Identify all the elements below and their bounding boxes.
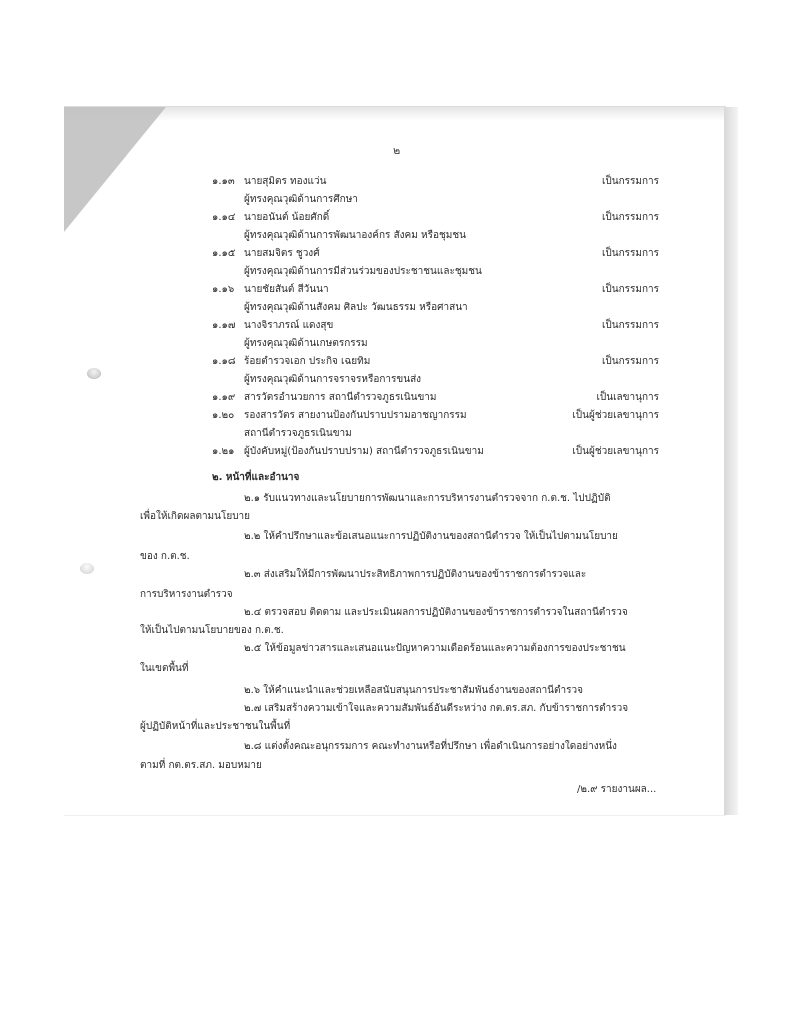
duty-item: ๒.๖ ให้คำแนะนำและช่วยเหลือสนับสนุนการประ… — [244, 685, 583, 697]
member-name: นางจิราภรณ์ แดงสุข — [244, 320, 333, 332]
duty-item-continuation: เพื่อให้เกิดผลตามนโยบาย — [140, 511, 250, 523]
duty-item-continuation: ในเขตพื้นที่ — [140, 663, 189, 675]
punch-hole — [87, 368, 101, 379]
member-role: เป็นกรรมการ — [602, 248, 659, 260]
member-number: ๑.๑๕ — [212, 248, 235, 260]
punch-hole — [80, 563, 94, 574]
member-number: ๑.๑๓ — [212, 176, 235, 188]
member-name: ร้อยตำรวจเอก ประกิจ เฉยทิม — [244, 356, 370, 368]
member-number: ๑.๒๑ — [212, 446, 234, 458]
duty-item: ๒.๓ ส่งเสริมให้มีการพัฒนาประสิทธิภาพการป… — [244, 569, 586, 581]
member-name: รองสารวัตร สายงานป้องกันปราบปรามอาชญากรร… — [244, 410, 467, 422]
member-role: เป็นกรรมการ — [602, 320, 659, 332]
page-fold-corner — [64, 107, 166, 232]
member-description: ผู้ทรงคุณวุฒิด้านสังคม ศิลปะ วัฒนธรรม หร… — [244, 302, 468, 314]
member-number: ๑.๑๙ — [212, 392, 235, 404]
member-description: ผู้ทรงคุณวุฒิด้านการจราจรหรือการขนส่ง — [244, 374, 421, 386]
duty-item: ๒.๒ ให้คำปรึกษาและข้อเสนอแนะการปฏิบัติงา… — [244, 531, 618, 543]
member-description: ผู้ทรงคุณวุฒิด้านการพัฒนาองค์กร สังคม หร… — [244, 230, 466, 242]
member-role: เป็นกรรมการ — [602, 176, 659, 188]
member-name: นายสุมิตร ทองแว่น — [244, 176, 326, 188]
member-name: ผู้บังคับหมู่(ป้องกันปราบปราม) สถานีตำรว… — [244, 446, 484, 458]
duty-item: ๒.๔ ตรวจสอบ ติดตาม และประเมินผลการปฏิบัต… — [244, 607, 628, 619]
member-description: สถานีตำรวจภูธรเนินขาม — [244, 428, 352, 440]
member-description: ผู้ทรงคุณวุฒิด้านเกษตรกรรม — [244, 338, 368, 350]
duty-item: ๒.๑ รับแนวทางและนโยบายการพัฒนาและการบริห… — [244, 493, 611, 505]
member-number: ๑.๑๔ — [212, 212, 235, 224]
continuation-note: /๒.๙ รายงานผล... — [577, 784, 656, 796]
member-name: นายอนันต์ น้อยศักดิ์ — [244, 212, 329, 224]
member-role: เป็นผู้ช่วยเลขานุการ — [572, 410, 659, 422]
member-role: เป็นผู้ช่วยเลขานุการ — [572, 446, 659, 458]
duty-item: ๒.๕ ให้ข้อมูลข่าวสารและเสนอแนะปัญหาความเ… — [244, 643, 626, 655]
member-description: ผู้ทรงคุณวุฒิด้านการศึกษา — [244, 194, 358, 206]
member-role: เป็นเลขานุการ — [597, 392, 659, 404]
member-description: ผู้ทรงคุณวุฒิด้านการมีส่วนร่วมของประชาชน… — [244, 266, 482, 278]
member-number: ๑.๑๗ — [212, 320, 235, 332]
duty-item: ๒.๗ เสริมสร้างความเข้าใจและความสัมพันธ์อ… — [244, 703, 628, 715]
member-role: เป็นกรรมการ — [602, 356, 659, 368]
section-heading: ๒. หน้าที่และอำนาจ — [212, 472, 299, 484]
duty-item-continuation: ของ ก.ต.ช. — [140, 551, 190, 563]
duty-item: ๒.๘ แต่งตั้งคณะอนุกรรมการ คณะทำงานหรือที… — [244, 741, 617, 753]
member-number: ๑.๑๖ — [212, 284, 234, 296]
duty-item-continuation: ผู้ปฏิบัติหน้าที่และประชาชนในพื้นที่ — [140, 721, 290, 733]
member-role: เป็นกรรมการ — [602, 284, 659, 296]
duty-item-continuation: การบริหารงานตำรวจ — [140, 589, 233, 601]
duty-item-continuation: ตามที่ กต.ตร.สภ. มอบหมาย — [140, 760, 262, 772]
member-number: ๑.๒๐ — [212, 410, 234, 422]
duty-item-continuation: ให้เป็นไปตามนโยบายของ ก.ต.ช. — [140, 625, 284, 637]
member-name: นายชัยสันต์ สีวันนา — [244, 284, 329, 296]
member-role: เป็นกรรมการ — [602, 212, 659, 224]
page-number: ๒ — [393, 141, 400, 159]
scan-right-edge — [724, 107, 738, 815]
member-name: สารวัตรอำนวยการ สถานีตำรวจภูธรเนินขาม — [244, 392, 437, 404]
member-name: นายสมจิตร ชูวงศ์ — [244, 248, 320, 260]
member-number: ๑.๑๘ — [212, 356, 236, 368]
